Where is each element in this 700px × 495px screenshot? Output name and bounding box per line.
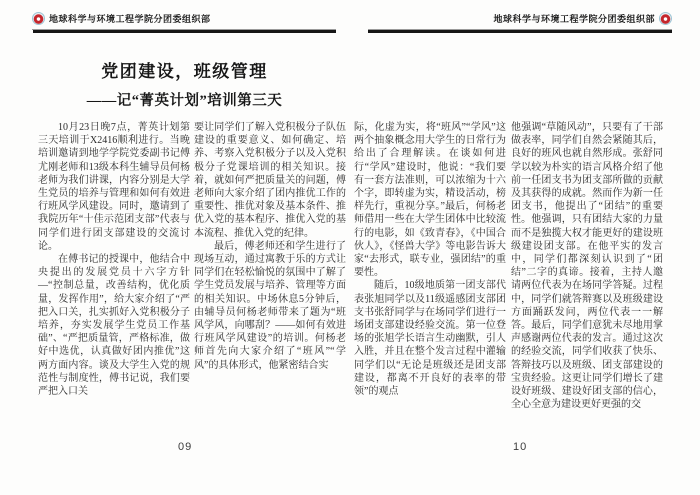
left-page-column-2: 要让同学们了解入党积极分子队伍建设的重要意义、如何确定、培养、考察入党积极分子以…: [194, 121, 346, 372]
body-paragraph: 他强调“草随风动”，只要有了干部做表率，同学们自然会紧随其后，良好的班风也就自然…: [511, 121, 663, 411]
article-title: 党团建设，班级管理: [33, 57, 336, 82]
right-page-header: 地球科学与环境工程学院分团委组织部: [368, 12, 672, 30]
header-rule: [368, 30, 672, 33]
organization-name: 地球科学与环境工程学院分团委组织部: [49, 12, 211, 25]
body-paragraph: 随后，10级地质第一团支部代表张旭同学以及11级遥感团支部团支书张舒同学与在场同…: [354, 279, 506, 398]
page-number-left: 09: [178, 441, 192, 453]
right-page-column-2: 他强调“草随风动”，只要有了干部做表率，同学们自然会紧随其后，良好的班风也就自然…: [511, 121, 663, 411]
body-paragraph: 要让同学们了解入党积极分子队伍建设的重要意义、如何确定、培养、考察入党积极分子以…: [194, 121, 346, 240]
youth-league-emblem-icon: [659, 12, 672, 25]
body-paragraph: 最后，傅老师还和学生进行了现场互动，通过寓教于乐的方式让同学们在轻松愉悦的氛围中…: [194, 240, 346, 372]
body-paragraph: 10月23日晚7点，菁英计划第三天培训于X2416顺利进行。当晚培训邀请到地学学…: [38, 121, 190, 253]
article-subtitle: ——记“菁英计划”培训第三天: [33, 89, 336, 110]
document-spread: 地球科学与环境工程学院分团委组织部 地球科学与环境工程学院分团委组织部 党团建设…: [0, 0, 700, 495]
body-paragraph: 际，化虚为实，将“班风”“学风”这两个抽象概念用大学生的日常行为给出了合理解读。…: [354, 121, 506, 279]
body-paragraph: 在傅书记的授课中，他结合中央提出的发展党员十六字方针—“控制总量，改善结构，优化…: [38, 253, 190, 398]
left-page-column-1: 10月23日晚7点，菁英计划第三天培训于X2416顺利进行。当晚培训邀请到地学学…: [38, 121, 190, 398]
page-number-right: 10: [513, 441, 527, 453]
article-title-block: 党团建设，班级管理 ——记“菁英计划”培训第三天: [33, 57, 336, 110]
right-page-column-1: 际，化虚为实，将“班风”“学风”这两个抽象概念用大学生的日常行为给出了合理解读。…: [354, 121, 506, 398]
youth-league-emblem-icon: [32, 12, 45, 25]
left-page-header: 地球科学与环境工程学院分团委组织部: [32, 12, 336, 30]
header-rule: [33, 30, 336, 33]
organization-name: 地球科学与环境工程学院分团委组织部: [493, 12, 655, 25]
